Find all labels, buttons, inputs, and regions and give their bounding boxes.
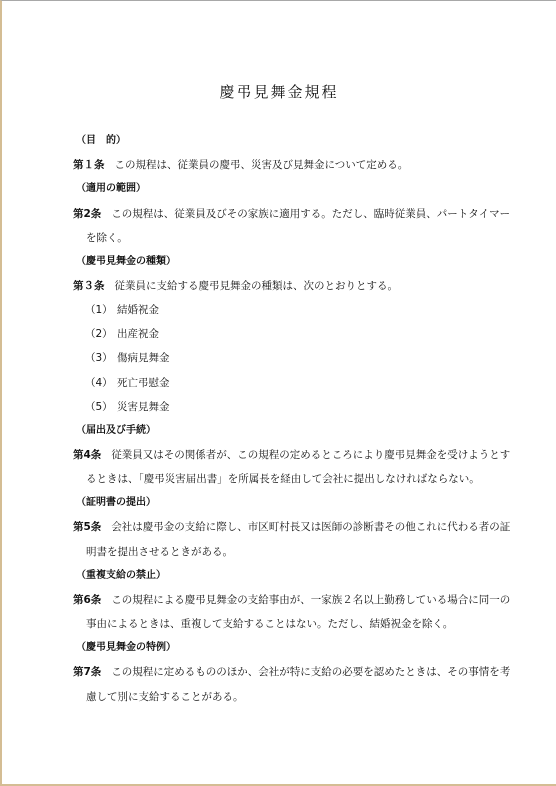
article-7-continuation: 慮して別に支給することがある。 [86, 690, 244, 704]
document-page: 慶弔見舞金規程 （目 的） 第１条この規程は、従業員の慶弔、災害及び見舞金につい… [0, 0, 556, 786]
article-number: 第6条 [73, 594, 101, 606]
article-5: 第5条会社は慶弔金の支給に際し、市区町村長又は医師の診断書その他これに代わる者の… [73, 520, 510, 534]
section-heading-6: （重複支給の禁止） [76, 569, 166, 583]
article-2-continuation: を除く。 [86, 231, 128, 245]
article-text: この規程は、従業員の慶弔、災害及び見舞金について定める。 [115, 159, 409, 171]
article-text: この規程に定めるもののほか、会社が特に支給の必要を認めたときは、その事情を考 [111, 666, 510, 678]
article-1: 第１条この規程は、従業員の慶弔、災害及び見舞金について定める。 [73, 158, 408, 172]
article-text: 会社は慶弔金の支給に際し、市区町村長又は医師の診断書その他これに代わる者の証 [111, 521, 510, 533]
section-heading-4: （届出及び手続） [76, 424, 156, 438]
article-text: 従業員に支給する慶弔見舞金の種類は、次のとおりとする。 [115, 280, 399, 292]
article-number: 第３条 [73, 280, 105, 292]
section-heading-1: （目 的） [76, 134, 126, 148]
article-number: 第2条 [73, 208, 101, 220]
article-4: 第4条従業員又はその関係者が、この規程の定めるところにより慶弔見舞金を受けようと… [73, 448, 510, 462]
list-item: （4）死亡弔慰金 [85, 376, 170, 390]
section-heading-5: （証明書の提出） [76, 496, 156, 510]
article-text: この規程による慶弔見舞金の支給事由が、一家族２名以上勤務している場合に同一の [111, 594, 510, 606]
article-text: この規程は、従業員及びその家族に適用する。ただし、臨時従業員、パートタイマー [111, 208, 510, 220]
article-4-continuation: るときは、「慶弔災害届出書」を所属長を経由して会社に提出しなければならない。 [86, 472, 480, 486]
list-item: （3）傷病見舞金 [85, 351, 170, 365]
article-6: 第6条この規程による慶弔見舞金の支給事由が、一家族２名以上勤務している場合に同一… [73, 593, 510, 607]
article-2: 第2条この規程は、従業員及びその家族に適用する。ただし、臨時従業員、パートタイマ… [73, 207, 510, 221]
section-heading-7: （慶弔見舞金の特例） [76, 641, 176, 655]
section-heading-3: （慶弔見舞金の種類） [76, 255, 176, 269]
document-title: 慶弔見舞金規程 [2, 81, 556, 102]
article-6-continuation: 事由によるときは、重複して支給することはない。ただし、結婚祝金を除く。 [86, 617, 453, 631]
list-item: （5）災害見舞金 [85, 400, 170, 414]
article-text: 従業員又はその関係者が、この規程の定めるところにより慶弔見舞金を受けようとす [111, 449, 510, 461]
list-item: （1）結婚祝金 [85, 303, 159, 317]
article-number: 第１条 [73, 159, 105, 171]
article-5-continuation: 明書を提出させるときがある。 [86, 545, 233, 559]
article-number: 第5条 [73, 521, 101, 533]
article-number: 第4条 [73, 449, 101, 461]
section-heading-2: （適用の範囲） [76, 182, 146, 196]
article-number: 第7条 [73, 666, 101, 678]
list-item: （2）出産祝金 [85, 327, 159, 341]
article-7: 第7条この規程に定めるもののほか、会社が特に支給の必要を認めたときは、その事情を… [73, 665, 510, 679]
article-3: 第３条従業員に支給する慶弔見舞金の種類は、次のとおりとする。 [73, 279, 398, 293]
